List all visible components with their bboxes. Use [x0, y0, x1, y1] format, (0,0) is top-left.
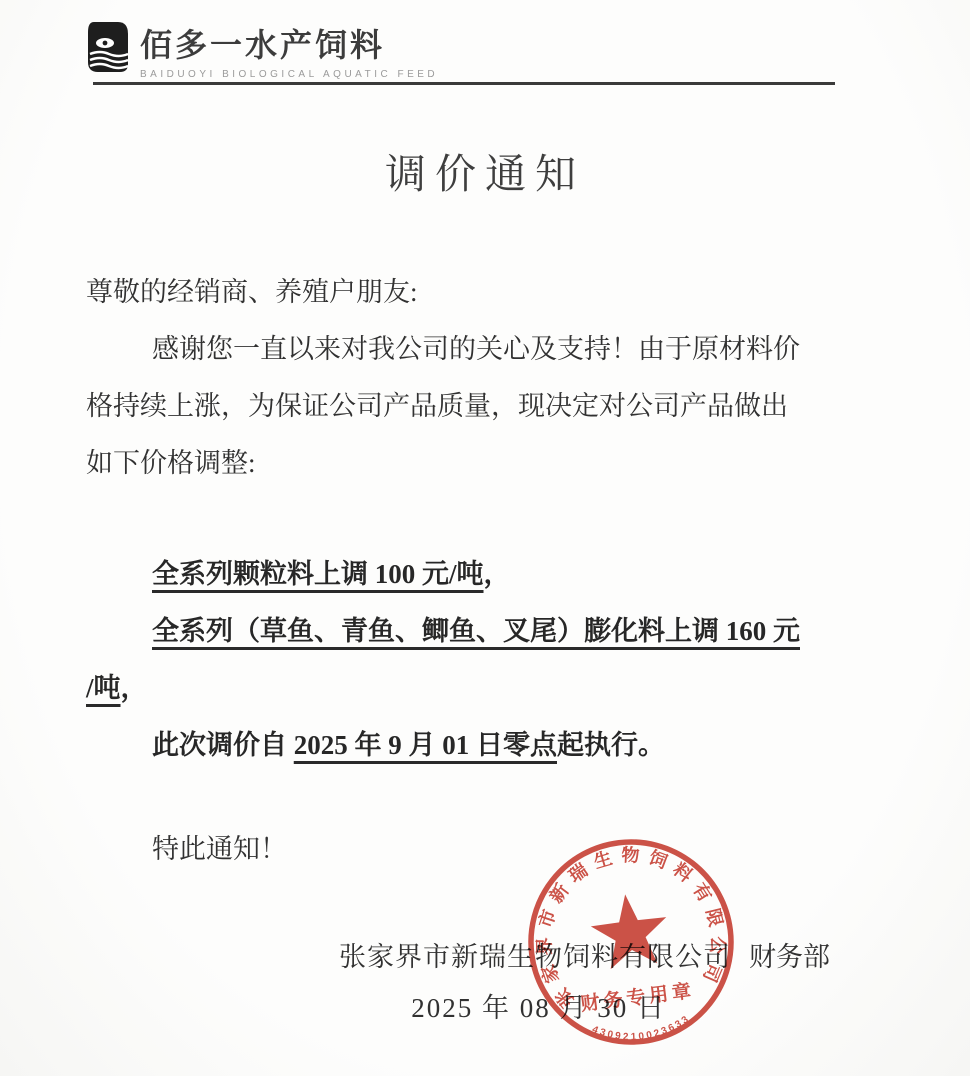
adjustment-extruded-feed-line2: /吨，: [86, 660, 884, 717]
adjustment-extruded-underlined: 全系列（草鱼、青鱼、鲫鱼、叉尾）膨化料上调 160 元: [152, 616, 800, 646]
signature-date: 2025 年 08 月 30 日: [0, 986, 830, 1025]
salutation: 尊敬的经销商、养殖户朋友:: [86, 264, 884, 321]
page-title: 调价通知: [0, 141, 970, 200]
adjustment-pellet-underlined: 全系列颗粒料上调 100 元/吨: [152, 559, 484, 589]
adjustment-ton-tail: ，: [121, 673, 148, 703]
brand-name: 佰多一水产饲料: [140, 20, 385, 66]
paragraph-line: 如下价格调整:: [86, 435, 884, 492]
effective-date-prefix: 此次调价自: [152, 730, 294, 760]
signature-company: 张家界市新瑞生物饲料有限公司: [339, 942, 731, 972]
signature-company-line: 张家界市新瑞生物饲料有限公司财务部: [0, 935, 830, 974]
adjustment-pellet-tail: ，: [484, 559, 511, 589]
header-divider: [93, 82, 835, 85]
signature-department: 财务部: [749, 942, 830, 972]
paragraph-line: 感谢您一直以来对我公司的关心及支持！由于原材料价: [86, 321, 884, 378]
paragraph-line: 格持续上涨，为保证公司产品质量，现决定对公司产品做出: [86, 378, 884, 435]
adjustment-ton-underlined: /吨: [86, 673, 121, 703]
effective-date-underlined: 2025 年 9 月 01 日零点: [294, 730, 557, 760]
brand-row: 佰多一水产饲料: [88, 20, 970, 72]
adjustment-extruded-feed-line1: 全系列（草鱼、青鱼、鲫鱼、叉尾）膨化料上调 160 元: [86, 603, 884, 660]
brand-name-english: BAIDUOYI BIOLOGICAL AQUATIC FEED: [140, 69, 970, 80]
effective-date-line: 此次调价自 2025 年 9 月 01 日零点起执行。: [86, 717, 884, 774]
adjustment-pellet-feed: 全系列颗粒料上调 100 元/吨，: [86, 546, 884, 603]
effective-date-suffix: 起执行。: [557, 730, 665, 760]
notice-body: 尊敬的经销商、养殖户朋友: 感谢您一直以来对我公司的关心及支持！由于原材料价 格…: [86, 264, 884, 878]
letterhead: 佰多一水产饲料 BAIDUOYI BIOLOGICAL AQUATIC FEED: [0, 0, 970, 85]
closing-line: 特此通知！: [86, 821, 884, 878]
fish-logo-icon: [88, 20, 130, 72]
price-adjustment-section: 全系列颗粒料上调 100 元/吨， 全系列（草鱼、青鱼、鲫鱼、叉尾）膨化料上调 …: [86, 546, 884, 774]
signature-block: 张家界市新瑞生物饲料有限公司财务部 2025 年 08 月 30 日: [0, 935, 970, 1025]
notice-document: 佰多一水产饲料 BAIDUOYI BIOLOGICAL AQUATIC FEED…: [0, 0, 970, 1076]
